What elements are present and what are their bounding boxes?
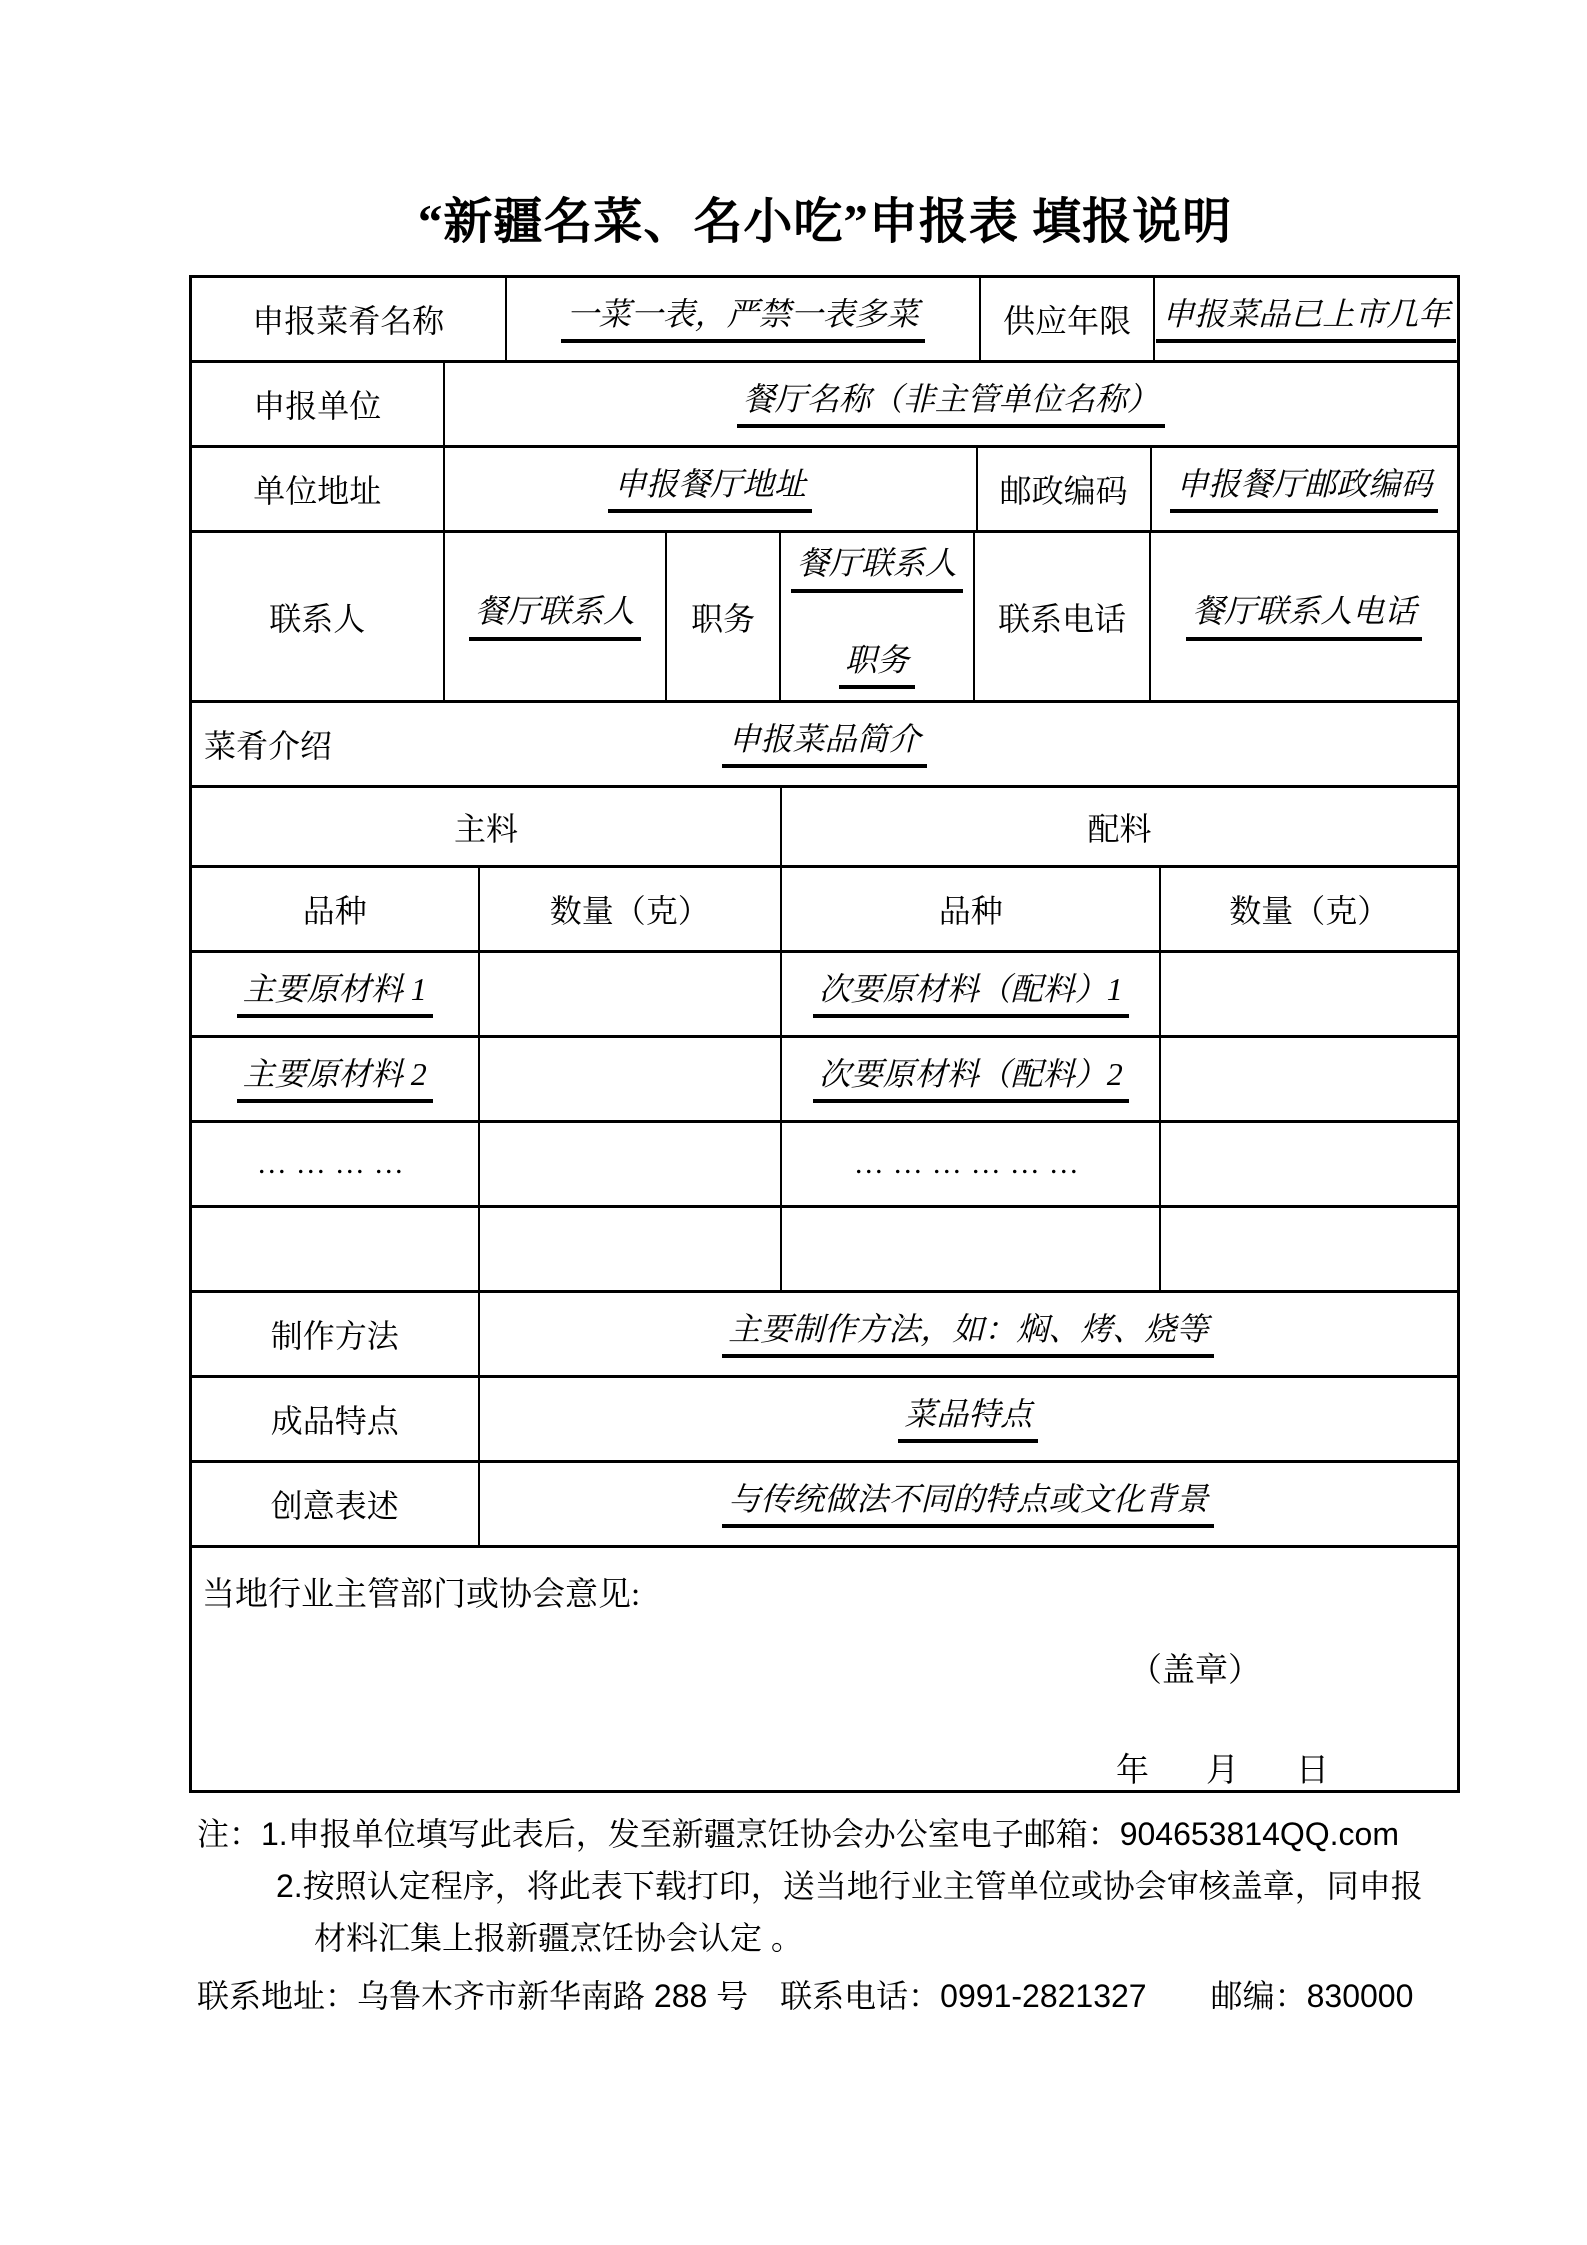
aux-amount-empty-cell	[1161, 1208, 1457, 1290]
row-unit-address: 单位地址 申报餐厅地址 邮政编码 申报餐厅邮政编码	[192, 448, 1457, 533]
aux-amount-1-cell	[1161, 953, 1457, 1035]
opinion-cell: 当地行业主管部门或协会意见: （盖章） 年 月 日	[192, 1548, 1457, 1790]
position-field: 餐厅联系人 职务	[781, 533, 975, 700]
aux-ingredients-header: 配料	[1088, 804, 1152, 850]
note-line-contact: 联系地址：乌鲁木齐市新华南路 288 号 联系电话：0991-2821327 邮…	[197, 1970, 1527, 2022]
phone-label: 联系电话	[998, 594, 1126, 640]
dish-intro-hint: 申报菜品简介	[722, 720, 926, 769]
date-month-label: 月	[1206, 1744, 1239, 1790]
creative-field: 与传统做法不同的特点或文化背景	[480, 1463, 1457, 1545]
postal-code-field: 申报餐厅邮政编码	[1152, 448, 1458, 530]
method-hint: 主要制作方法，如：焖、烤、烧等	[722, 1310, 1214, 1359]
footnotes: 注：1.申报单位填写此表后，发至新疆烹饪协会办公室电子邮箱：904653814Q…	[197, 1808, 1527, 2022]
main-ingredient-2-hint: 主要原材料 2	[237, 1055, 433, 1104]
creative-hint: 与传统做法不同的特点或文化背景	[722, 1480, 1214, 1529]
contact-label-cell: 联系人	[192, 533, 445, 700]
aux-amount-header-cell: 数量（克）	[1161, 868, 1457, 950]
main-ingredient-ellipsis-cell: …………	[192, 1123, 480, 1205]
aux-ingredient-1-hint: 次要原材料（配料）1	[813, 970, 1129, 1019]
postal-code-hint: 申报餐厅邮政编码	[1170, 465, 1438, 514]
main-variety-header-cell: 品种	[192, 868, 480, 950]
phone-hint: 餐厅联系人电话	[1186, 592, 1422, 641]
doc-title: “新疆名菜、名小吃”申报表 填报说明	[160, 183, 1490, 253]
main-amount-1-cell	[480, 953, 783, 1035]
method-field: 主要制作方法，如：焖、烤、烧等	[480, 1293, 1457, 1375]
aux-variety-header: 品种	[939, 886, 1003, 932]
ingredient-row-1: 主要原材料 1 次要原材料（配料）1	[192, 953, 1457, 1038]
main-ingredients-header: 主料	[454, 804, 518, 850]
row-ingredient-columns: 品种 数量（克） 品种 数量（克）	[192, 868, 1457, 953]
contact-hint: 餐厅联系人	[469, 592, 641, 641]
applicant-unit-label-cell: 申报单位	[192, 363, 445, 445]
postal-code-label: 邮政编码	[1000, 466, 1128, 512]
feature-hint: 菜品特点	[898, 1395, 1038, 1444]
main-amount-ellipsis-cell	[480, 1123, 783, 1205]
note-line-3: 材料汇集上报新疆烹饪协会认定 。	[197, 1912, 1527, 1964]
position-label-cell: 职务	[667, 533, 781, 700]
phone-label-cell: 联系电话	[975, 533, 1152, 700]
dish-name-label-cell: 申报菜肴名称	[192, 278, 507, 360]
aux-ingredient-ellipsis: ………………	[854, 1147, 1088, 1181]
contact-field: 餐厅联系人	[445, 533, 668, 700]
main-amount-header: 数量（克）	[550, 886, 710, 932]
feature-label: 成品特点	[271, 1396, 399, 1442]
main-ingredient-ellipsis: …………	[257, 1147, 413, 1181]
dish-intro-label: 菜肴介绍	[204, 703, 332, 785]
supply-years-hint: 申报菜品已上市几年	[1156, 295, 1456, 344]
contact-label: 联系人	[269, 594, 365, 640]
main-amount-2-cell	[480, 1038, 783, 1120]
note-line-2: 2.按照认定程序，将此表下载打印，送当地行业主管单位或协会审核盖章，同申报	[197, 1860, 1527, 1912]
date-line: 年 月 日	[1116, 1744, 1329, 1790]
dish-name-label: 申报菜肴名称	[252, 296, 444, 342]
main-ingredient-2-cell: 主要原材料 2	[192, 1038, 480, 1120]
date-year-label: 年	[1116, 1744, 1149, 1790]
ingredient-row-empty	[192, 1208, 1457, 1293]
applicant-unit-field: 餐厅名称（非主管单位名称）	[445, 363, 1457, 445]
main-ingredient-1-cell: 主要原材料 1	[192, 953, 480, 1035]
unit-address-label-cell: 单位地址	[192, 448, 445, 530]
row-feature: 成品特点 菜品特点	[192, 1378, 1457, 1463]
aux-amount-ellipsis-cell	[1161, 1123, 1457, 1205]
applicant-unit-label: 申报单位	[253, 381, 381, 427]
main-ingredient-empty-cell	[192, 1208, 480, 1290]
date-day-label: 日	[1296, 1744, 1329, 1790]
aux-ingredient-ellipsis-cell: ………………	[782, 1123, 1161, 1205]
aux-variety-header-cell: 品种	[782, 868, 1161, 950]
unit-address-field: 申报餐厅地址	[445, 448, 978, 530]
phone-field: 餐厅联系人电话	[1151, 533, 1457, 700]
dish-intro-cell: 菜肴介绍 申报菜品简介	[192, 703, 1457, 785]
row-method: 制作方法 主要制作方法，如：焖、烤、烧等	[192, 1293, 1457, 1378]
position-hint-line2: 职务	[839, 641, 915, 690]
creative-label: 创意表述	[271, 1481, 399, 1527]
method-label-cell: 制作方法	[192, 1293, 480, 1375]
unit-address-hint: 申报餐厅地址	[608, 465, 812, 514]
row-dish-intro: 菜肴介绍 申报菜品简介	[192, 703, 1457, 788]
main-amount-header-cell: 数量（克）	[480, 868, 783, 950]
dish-name-hint: 一菜一表，严禁一表多菜	[561, 295, 925, 344]
main-amount-empty-cell	[480, 1208, 783, 1290]
row-applicant-unit: 申报单位 餐厅名称（非主管单位名称）	[192, 363, 1457, 448]
note-line-1: 注：1.申报单位填写此表后，发至新疆烹饪协会办公室电子邮箱：904653814Q…	[197, 1808, 1527, 1860]
aux-ingredient-1-cell: 次要原材料（配料）1	[782, 953, 1161, 1035]
aux-amount-2-cell	[1161, 1038, 1457, 1120]
supply-years-label: 供应年限	[1003, 296, 1131, 342]
row-creative: 创意表述 与传统做法不同的特点或文化背景	[192, 1463, 1457, 1548]
document-page: “新疆名菜、名小吃”申报表 填报说明 申报菜肴名称 一菜一表，严禁一表多菜 供应…	[0, 0, 1587, 2245]
aux-ingredient-2-hint: 次要原材料（配料）2	[813, 1055, 1129, 1104]
row-opinion: 当地行业主管部门或协会意见: （盖章） 年 月 日	[192, 1548, 1457, 1790]
position-label: 职务	[691, 594, 755, 640]
aux-amount-header: 数量（克）	[1229, 886, 1389, 932]
feature-label-cell: 成品特点	[192, 1378, 480, 1460]
ingredient-row-ellipsis: ………… ………………	[192, 1123, 1457, 1208]
ingredient-row-2: 主要原材料 2 次要原材料（配料）2	[192, 1038, 1457, 1123]
row-ingredient-groups: 主料 配料	[192, 788, 1457, 868]
opinion-label: 当地行业主管部门或协会意见:	[202, 1568, 640, 1615]
main-ingredient-1-hint: 主要原材料 1	[237, 970, 433, 1019]
applicant-unit-hint: 餐厅名称（非主管单位名称）	[737, 380, 1165, 429]
position-hint-line1: 餐厅联系人	[791, 544, 963, 593]
row-dish-name: 申报菜肴名称 一菜一表，严禁一表多菜 供应年限 申报菜品已上市几年	[192, 278, 1457, 363]
application-form-table: 申报菜肴名称 一菜一表，严禁一表多菜 供应年限 申报菜品已上市几年 申报单位 餐…	[189, 275, 1460, 1793]
row-contact: 联系人 餐厅联系人 职务 餐厅联系人 职务 联系电话 餐厅联系人电话	[192, 533, 1457, 703]
creative-label-cell: 创意表述	[192, 1463, 480, 1545]
postal-code-label-cell: 邮政编码	[978, 448, 1152, 530]
aux-ingredients-header-cell: 配料	[782, 788, 1457, 865]
main-ingredients-header-cell: 主料	[192, 788, 782, 865]
unit-address-label: 单位地址	[253, 466, 381, 512]
method-label: 制作方法	[271, 1311, 399, 1357]
supply-years-label-cell: 供应年限	[981, 278, 1156, 360]
dish-name-field: 一菜一表，严禁一表多菜	[507, 278, 981, 360]
feature-field: 菜品特点	[480, 1378, 1457, 1460]
main-variety-header: 品种	[303, 886, 367, 932]
supply-years-field: 申报菜品已上市几年	[1155, 278, 1457, 360]
aux-ingredient-empty-cell	[782, 1208, 1161, 1290]
seal-placeholder: （盖章）	[1129, 1644, 1261, 1691]
aux-ingredient-2-cell: 次要原材料（配料）2	[782, 1038, 1161, 1120]
